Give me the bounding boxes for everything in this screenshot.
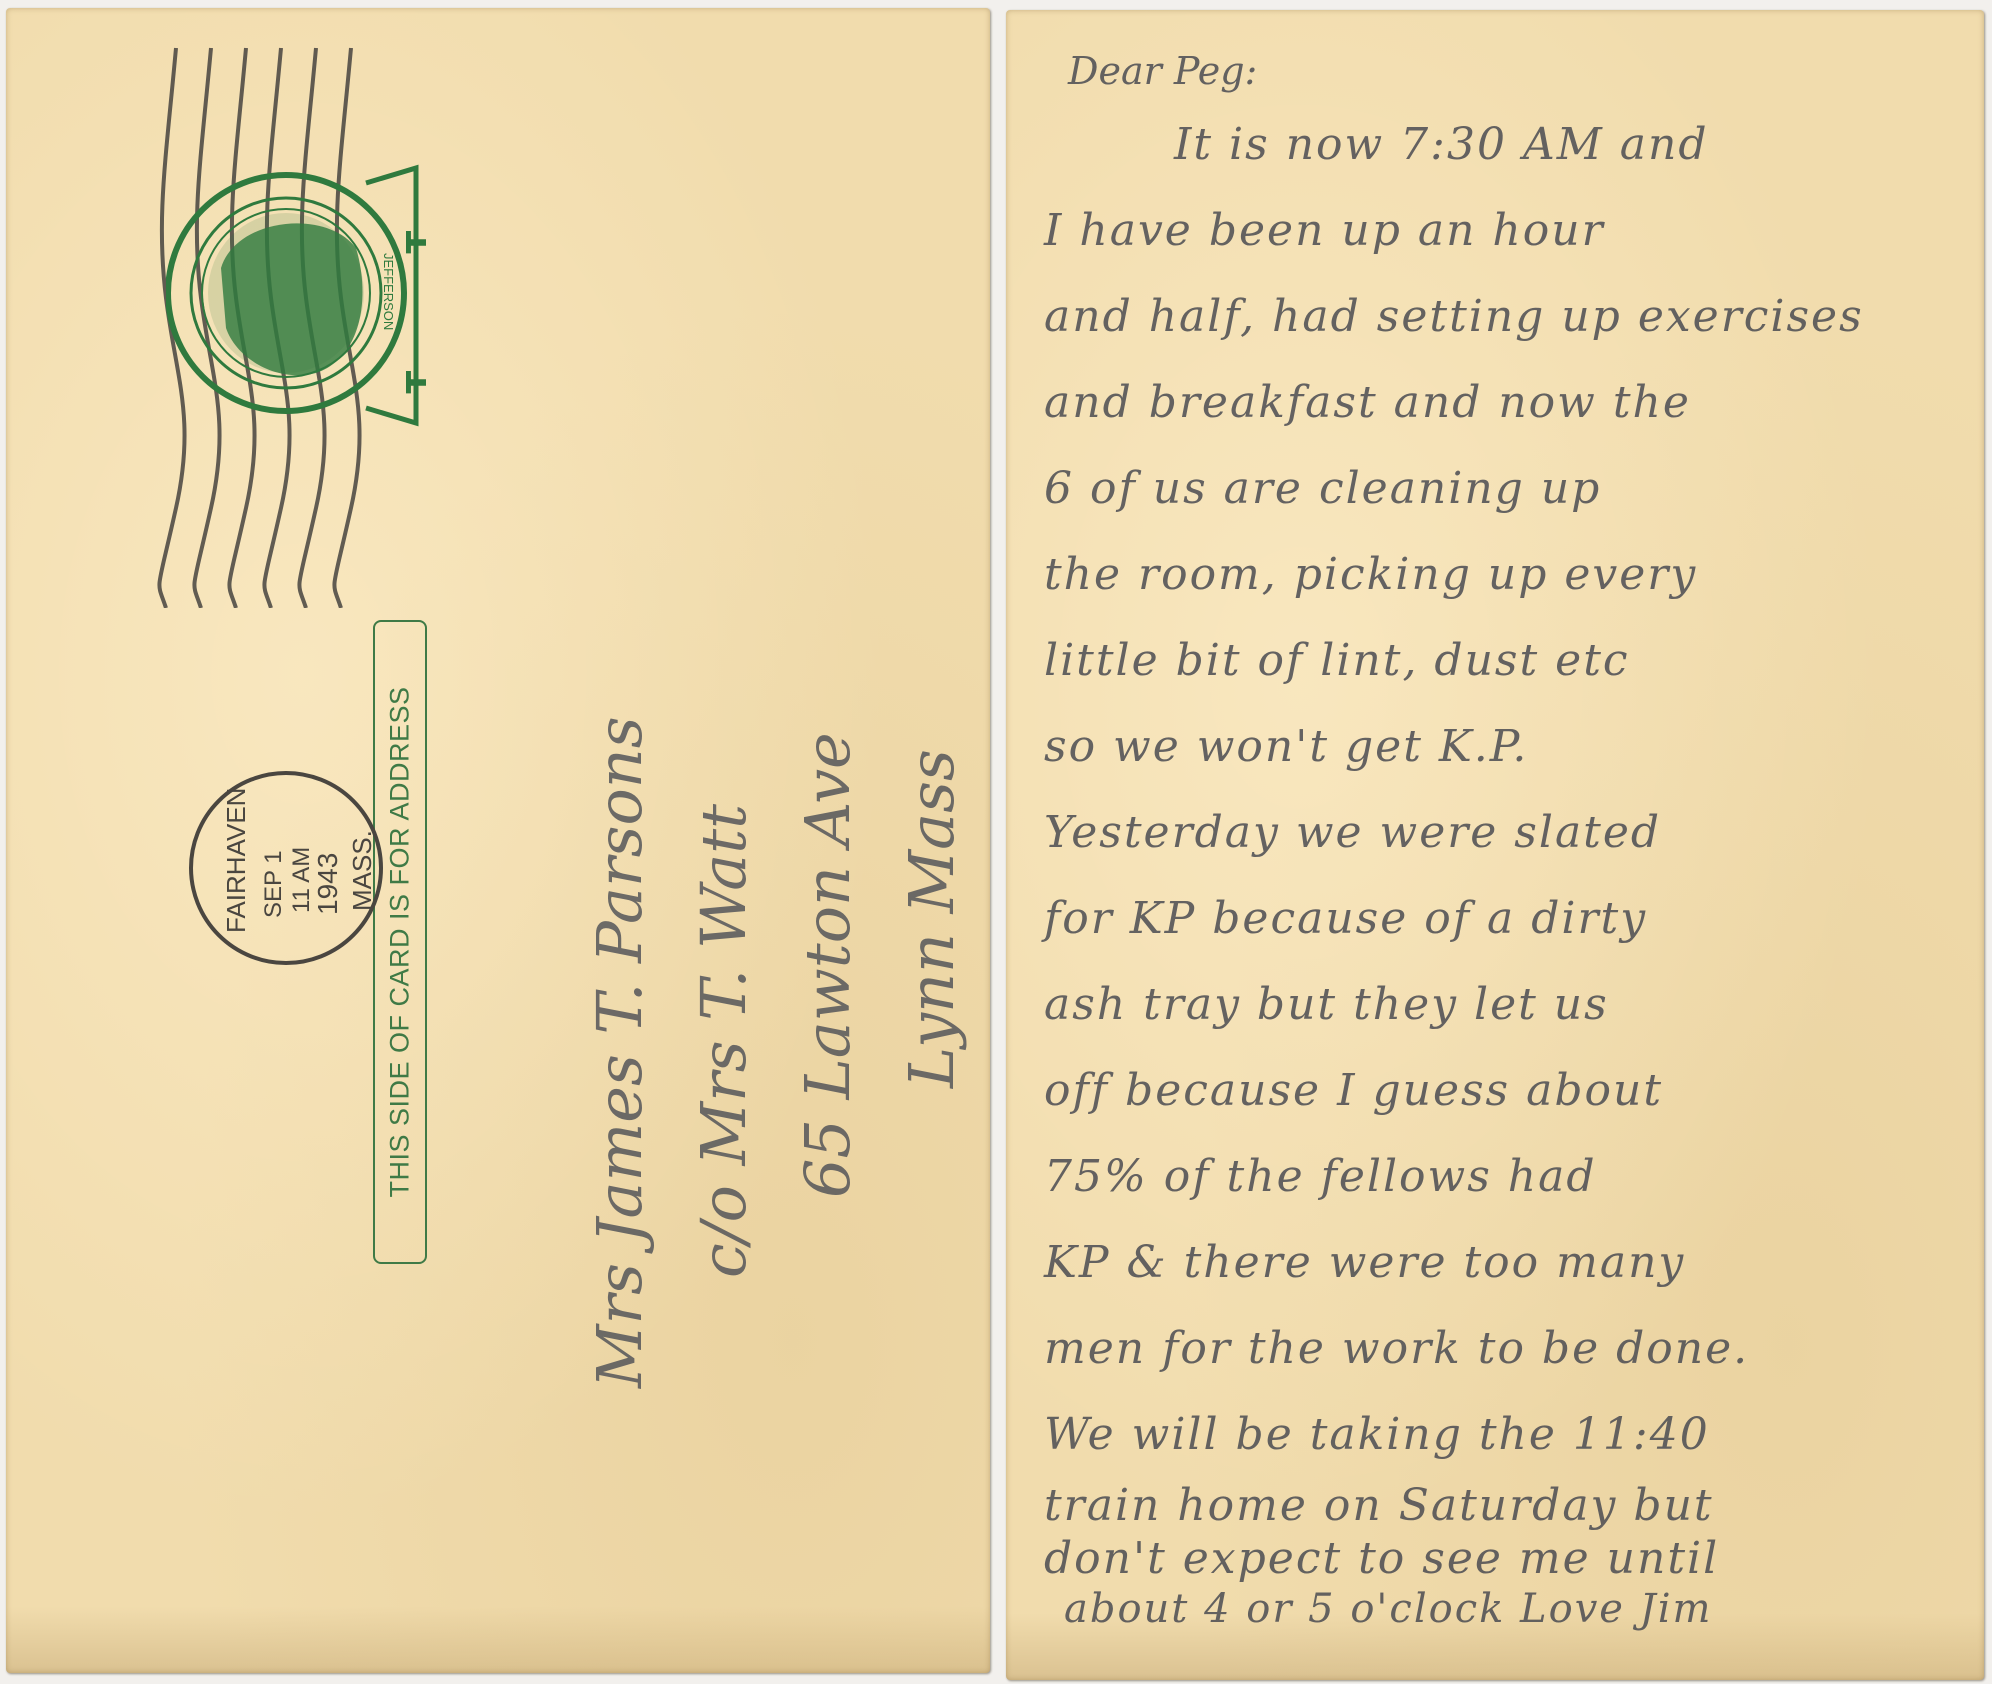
letter-line: so we won't get K.P. bbox=[1044, 704, 1964, 790]
postcard-back: Dear Peg: It is now 7:30 AM and I have b… bbox=[1006, 10, 1984, 1680]
letter-line: It is now 7:30 AM and bbox=[1044, 102, 1964, 188]
postmark-city: FAIRHAVEN bbox=[221, 788, 251, 933]
postmark-date: SEP 1 bbox=[260, 850, 287, 918]
letter-line: little bit of lint, dust etc bbox=[1044, 618, 1964, 704]
letter-line: ash tray but they let us bbox=[1044, 962, 1964, 1048]
portrait-icon bbox=[221, 223, 363, 375]
letter-line: off because I guess about bbox=[1044, 1048, 1964, 1134]
letter-line: don't expect to see me until bbox=[1044, 1534, 1964, 1584]
letter-line: for KP because of a dirty bbox=[1044, 876, 1964, 962]
svg-text:1: 1 bbox=[395, 368, 426, 395]
address-line-2: c/o Mrs T. Watt bbox=[672, 508, 776, 1388]
letter-greeting: Dear Peg: bbox=[1068, 40, 1964, 102]
recipient-address: Mrs James T. Parsons c/o Mrs T. Watt 65 … bbox=[566, 508, 986, 1388]
letter-line: KP & there were too many bbox=[1044, 1220, 1964, 1306]
letter-closing: about 4 or 5 o'clock Love Jim bbox=[1044, 1584, 1964, 1634]
letter-line: train home on Saturday but bbox=[1044, 1478, 1964, 1534]
letter-line: Yesterday we were slated bbox=[1044, 790, 1964, 876]
postcard-front: 1 1 JEFFERSON THIS SIDE OF CARD IS FOR A… bbox=[6, 8, 990, 1673]
letter-line: and breakfast and now the bbox=[1044, 360, 1964, 446]
letter-line: We will be taking the 11:40 bbox=[1044, 1392, 1964, 1478]
handwritten-letter: Dear Peg: It is now 7:30 AM and I have b… bbox=[1044, 40, 1964, 1634]
address-line-4: Lynn Mass bbox=[880, 508, 984, 1388]
letter-line: men for the work to be done. bbox=[1044, 1306, 1964, 1392]
address-line-1: Mrs James T. Parsons bbox=[568, 508, 672, 1388]
address-line-3: 65 Lawton Ave bbox=[776, 508, 880, 1388]
letter-line: 75% of the fellows had bbox=[1044, 1134, 1964, 1220]
letter-line: the room, picking up every bbox=[1044, 532, 1964, 618]
letter-line: and half, had setting up exercises bbox=[1044, 274, 1964, 360]
postmark-state: MASS. bbox=[347, 830, 377, 911]
svg-text:1: 1 bbox=[395, 228, 426, 255]
letter-line: I have been up an hour bbox=[1044, 188, 1964, 274]
svg-text:JEFFERSON: JEFFERSON bbox=[381, 253, 396, 330]
stamp-jefferson-one-cent: 1 1 JEFFERSON bbox=[166, 158, 426, 428]
postmark-year: 1943 bbox=[312, 853, 343, 915]
postmark-time: 11 AM bbox=[288, 847, 315, 913]
letter-line: 6 of us are cleaning up bbox=[1044, 446, 1964, 532]
postmark: FAIRHAVEN SEP 1 11 AM 1943 MASS. bbox=[181, 763, 391, 973]
